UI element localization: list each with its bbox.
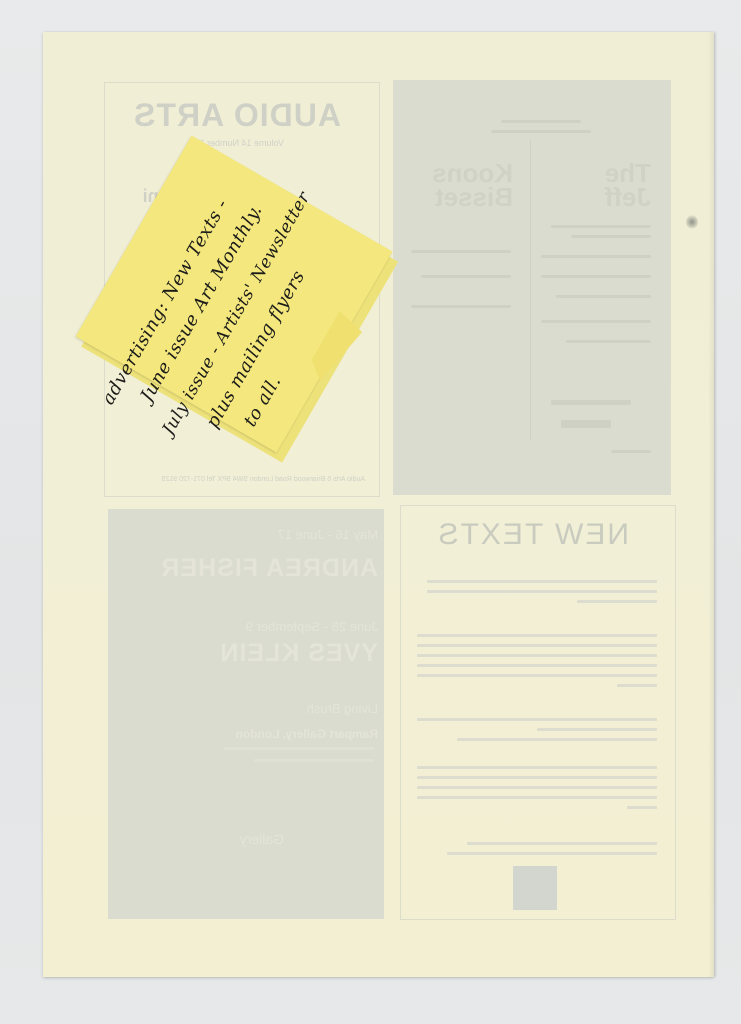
right-top-title-right-2: Bisset xyxy=(435,182,513,213)
andrea-fisher-name2: YVES KLEIN xyxy=(219,639,378,668)
right-top-panel: The Jeff Koons Bisset xyxy=(393,80,671,495)
new-texts-title: NEW TEXTS xyxy=(437,518,629,552)
andrea-fisher-panel: May 16 - June 17 ANDREA FISHER June 28 -… xyxy=(108,509,384,919)
right-top-title-left-2: Jeff xyxy=(605,182,651,213)
andrea-fisher-date2: June 28 - September 9 xyxy=(246,619,378,634)
new-texts-panel: NEW TEXTS Book Works would like to invi xyxy=(400,505,676,920)
andrea-fisher-footer: Gallery xyxy=(240,831,284,847)
andrea-fisher-address: Rampart Gallery, London xyxy=(236,727,378,741)
ink-smudge xyxy=(686,215,698,229)
sheet-edge xyxy=(708,32,714,977)
andrea-fisher-name1: ANDREA FISHER xyxy=(160,554,378,583)
andrea-fisher-date1: May 16 - June 17 xyxy=(278,527,378,542)
logo-block xyxy=(513,866,557,910)
andrea-fisher-subtitle: Living Brush xyxy=(306,701,378,716)
